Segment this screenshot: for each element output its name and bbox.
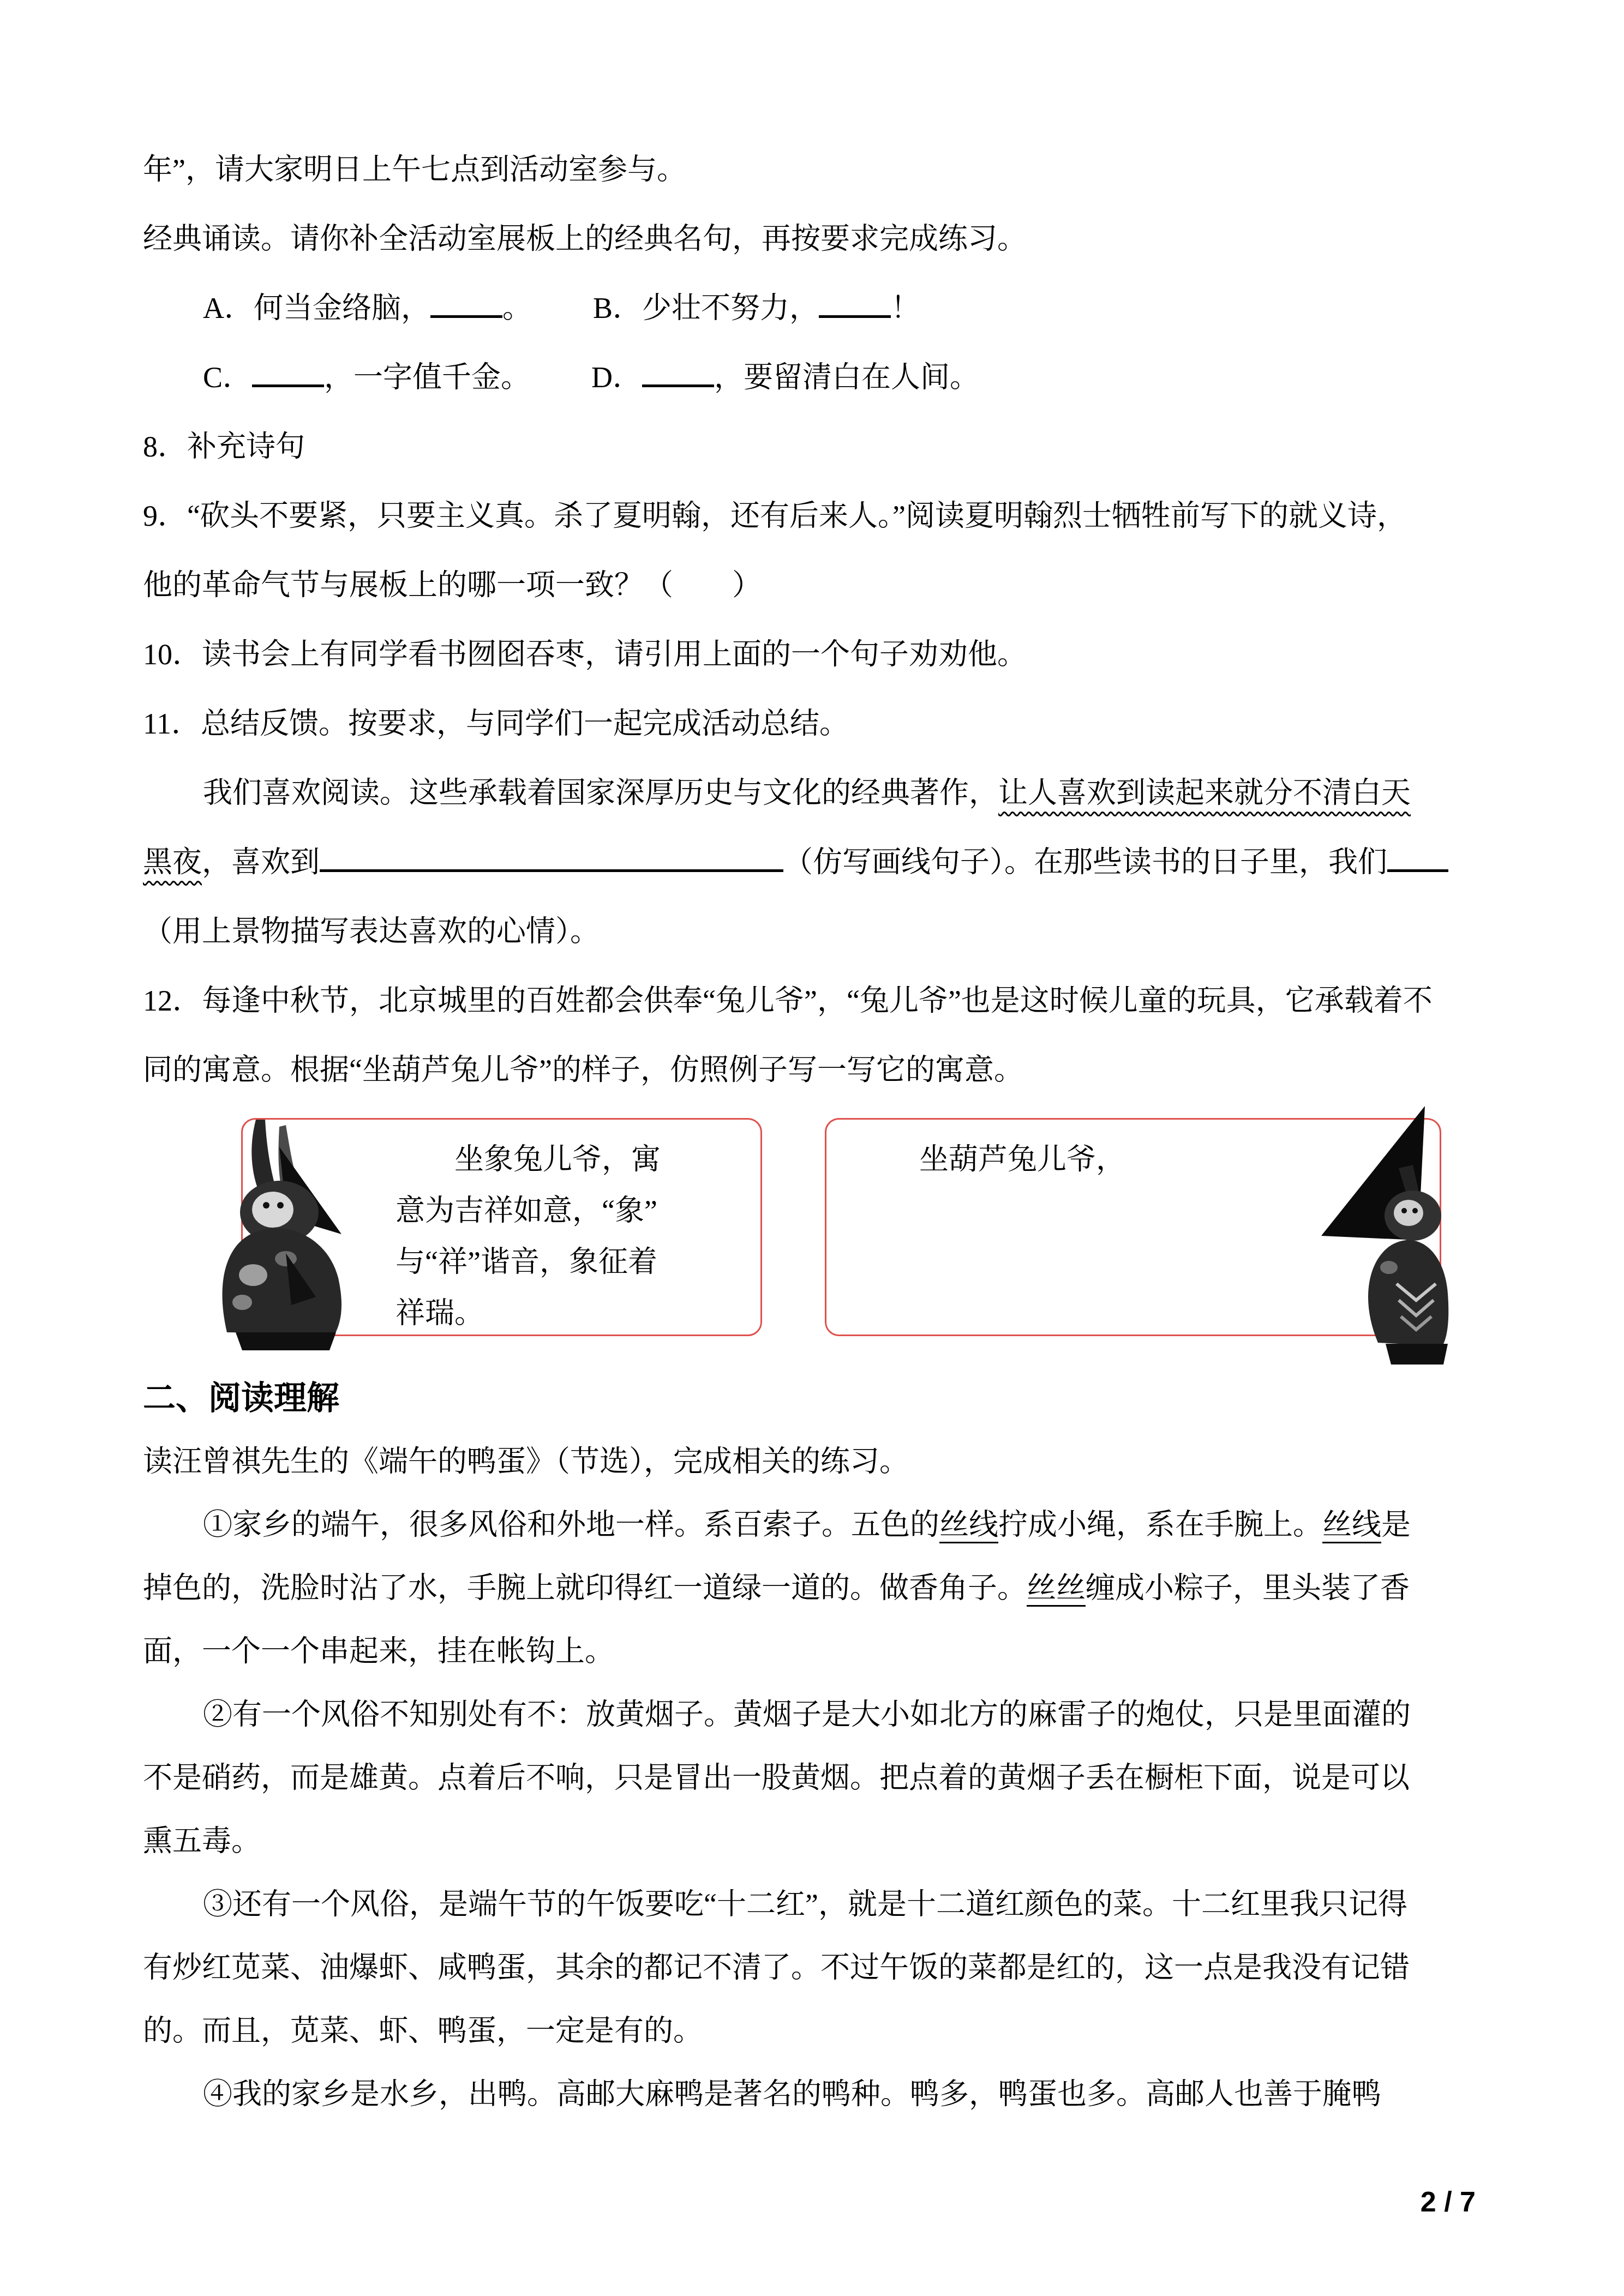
page-number: 2 / 7: [1421, 2186, 1476, 2219]
paragraph-3-line1: ③还有一个风俗，是端午节的午饭要吃“十二红”，就是十二道红颜色的菜。十二红里我只…: [143, 1873, 1489, 1936]
answer-blank: [642, 378, 714, 387]
reading-intro: 读汪曾祺先生的《端午的鸭蛋》（节选），完成相关的练习。: [143, 1430, 1489, 1493]
option-c-text: C．: [203, 361, 252, 394]
paragraph-1-line2: 掉色的，洗脸时沾了水，手腕上就印得红一道绿一道的。做香角子。丝丝缠成小粽子，里头…: [143, 1556, 1489, 1620]
question-11: 11．总结反馈。按要求，与同学们一起完成活动总结。: [143, 689, 1489, 759]
options-line-cd: C．，一字值千金。D．，要留清白在人间。: [143, 343, 1489, 412]
paragraph-2-line2: 不是硝药，而是雄黄。点着后不响，只是冒出一股黄烟。把点着的黄烟子丢在橱柜下面，说…: [143, 1746, 1489, 1810]
fill-in-blank-end: [1387, 863, 1448, 872]
paragraph-3-line2: 有炒红苋菜、油爆虾、咸鸭蛋，其余的都记不清了。不过午饭的菜都是红的，这一点是我没…: [143, 1936, 1489, 1999]
option-d-text: D．: [591, 361, 642, 394]
example-text-line: 祥瑞。: [395, 1288, 760, 1339]
answer-blank: [819, 309, 891, 318]
rabbit-figurine-right-image: [1290, 1104, 1453, 1367]
option-b-text: B．少壮不努力，: [593, 292, 819, 324]
classic-recitation-line: 经典诵读。请你补全活动室展板上的经典名句，再按要求完成练习。: [143, 205, 1489, 274]
continuation-line: 年”，请大家明日上午七点到活动室参与。: [143, 135, 1489, 205]
example-text-line: 意为吉祥如意，“象”: [395, 1185, 760, 1236]
options-line-ab: A．何当金络脑，。B．少壮不努力，！: [143, 274, 1489, 343]
rabbit-figurine-left-image: [204, 1117, 368, 1351]
question-9-line1: 9．“砍头不要紧，只要主义真。杀了夏明翰，还有后来人。”阅读夏明翰烈士牺牲前写下…: [143, 482, 1489, 551]
rabbit-god-example-row: 坐象兔儿爷，寓 意为吉祥如意，“象” 与“祥”谐音，象征着 祥瑞。 坐葫芦兔儿爷…: [143, 1114, 1489, 1351]
question-12-line1: 12．每逢中秋节，北京城里的百姓都会供奉“兔儿爷”，“兔儿爷”也是这时候儿童的玩…: [143, 966, 1489, 1036]
question-12-line2: 同的寓意。根据“坐葫芦兔儿爷”的样子，仿照例子写一写它的寓意。: [143, 1036, 1489, 1105]
example-text-line: 坐象兔儿爷，寓: [395, 1134, 760, 1185]
question-10: 10．读书会上有同学看书囫囵吞枣，请引用上面的一个句子劝劝他。: [143, 620, 1489, 689]
section-2-header: 二、阅读理解: [143, 1367, 1489, 1430]
question-11-summary-line3: （用上景物描写表达喜欢的心情）。: [143, 897, 1489, 966]
option-a-text: A．何当金络脑，: [203, 292, 430, 324]
example-text-line: 与“祥”谐音，象征着: [395, 1236, 760, 1288]
underlined-word: 丝线: [1322, 1508, 1381, 1541]
answer-blank: [252, 378, 324, 387]
question-8: 8．补充诗句: [143, 412, 1489, 482]
question-11-summary-line2: 黑夜，喜欢到（仿写画线句子）。在那些读书的日子里，我们: [143, 828, 1489, 897]
question-11-summary-line1: 我们喜欢阅读。这些承载着国家深厚历史与文化的经典著作，让人喜欢到读起来就分不清白…: [143, 759, 1489, 828]
answer-blank: [430, 309, 502, 318]
paragraph-1-line3: 面，一个一个串起来，挂在帐钩上。: [143, 1620, 1489, 1683]
paragraph-1-line1: ①家乡的端午，很多风俗和外地一样。系百索子。五色的丝线拧成小绳，系在手腕上。丝线…: [143, 1493, 1489, 1556]
underlined-word: 丝线: [939, 1508, 998, 1541]
paragraph-2-line3: 熏五毒。: [143, 1810, 1489, 1873]
question-9-line2: 他的革命气节与展板上的哪一项一致？（ ）: [143, 551, 1489, 620]
wavy-underlined-phrase: 黑夜: [143, 846, 202, 879]
paragraph-2-line1: ②有一个风俗不知别处有不：放黄烟子。黄烟子是大小如北方的麻雷子的炮仗，只是里面灌…: [143, 1683, 1489, 1746]
worksheet-page: 年”，请大家明日上午七点到活动室参与。 经典诵读。请你补全活动室展板上的经典名句…: [0, 0, 1624, 2126]
fill-in-blank-long: [320, 863, 783, 872]
paragraph-3-line3: 的。而且，苋菜、虾、鸭蛋，一定是有的。: [143, 1999, 1489, 2063]
wavy-underlined-phrase: 让人喜欢到读起来就分不清白天: [998, 777, 1411, 809]
paragraph-4-line1: ④我的家乡是水乡，出鸭。高邮大麻鸭是著名的鸭种。鸭多，鸭蛋也多。高邮人也善于腌鸭: [143, 2063, 1489, 2126]
underlined-word: 丝丝: [1027, 1572, 1086, 1604]
